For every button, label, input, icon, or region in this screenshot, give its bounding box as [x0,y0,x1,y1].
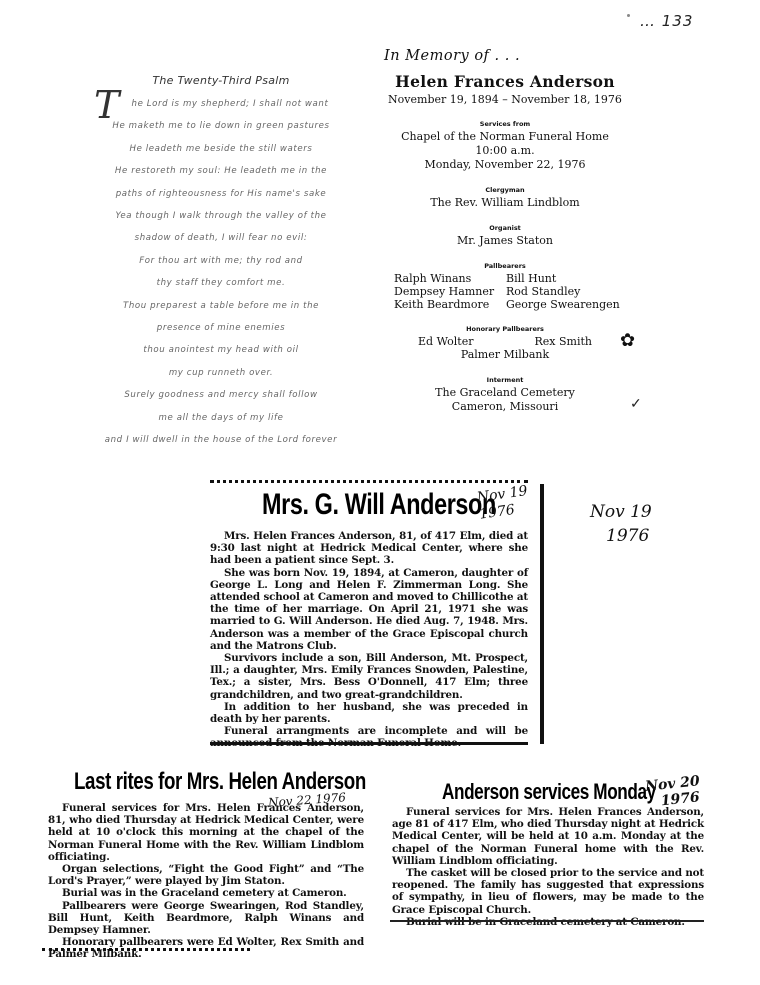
pallbearer: Keith Beardmore [394,298,506,311]
obituary-paragraph: She was born Nov. 19, 1894, at Cameron, … [210,567,528,652]
pallbearer: Rod Standley [506,285,636,298]
obituary-body: Mrs. Helen Frances Anderson, 81, of 417 … [210,530,528,750]
honorary-pallbearer: Rex Smith [535,335,592,348]
pallbearers-list: Ralph Winans Bill Hunt Dempsey Hamner Ro… [394,272,630,311]
services-monday-headline: Anderson services Monday [442,779,656,805]
services-monday-paragraph: Funeral services for Mrs. Helen Frances … [392,806,704,867]
psalm-line: shadow of death, I will fear no evil: [96,227,346,249]
psalm-line: paths of righteousness for His name's sa… [96,183,346,205]
psalm-block: The Twenty-Third Psalm he Lord is my she… [96,74,346,452]
clipping-border-bottom [390,920,704,922]
scan-speck [627,14,630,17]
pallbearer: Dempsey Hamner [394,285,506,298]
clipping-border-bottom [210,742,528,745]
last-rites-paragraph: Funeral services for Mrs. Helen Frances … [48,802,364,863]
psalm-line: He leadeth me beside the still waters [96,138,346,160]
side-note-line: Nov 19 [590,500,652,524]
interment-place: The Graceland Cemetery [380,386,630,400]
clergyman-name: The Rev. William Lindblom [380,196,630,210]
psalm-line: my cup runneth over. [96,362,346,384]
psalm-line: For thou art with me; thy rod and [96,250,346,272]
honorary-label: Honorary Pallbearers [380,325,630,333]
psalm-lines: he Lord is my shepherd; I shall not want… [96,93,346,452]
psalm-line: and I will dwell in the house of the Lor… [96,429,346,451]
pallbearers-label: Pallbearers [380,262,630,270]
psalm-title: The Twenty-Third Psalm [96,74,346,87]
organist-label: Organist [380,224,630,232]
services-monday-body: Funeral services for Mrs. Helen Frances … [392,806,704,928]
honorary-pallbearer: Palmer Milbank [380,348,630,362]
obituary-paragraph: Mrs. Helen Frances Anderson, 81, of 417 … [210,530,528,567]
check-mark-icon: ✓ [630,396,642,412]
psalm-line: thou anointest my head with oil [96,339,346,361]
pallbearer: George Swearengen [506,298,636,311]
clipping-border-right [540,484,544,744]
flower-icon: ✿ [620,330,635,351]
psalm-line: presence of mine enemies [96,317,346,339]
services-label: Services from [380,120,630,128]
psalm-line: thy staff they comfort me. [96,272,346,294]
memorial-card: In Memory of . . . Helen Frances Anderso… [380,48,630,414]
psalm-line: He maketh me to lie down in green pastur… [96,115,346,137]
obituary-paragraph: Survivors include a son, Bill Anderson, … [210,652,528,701]
psalm-line: me all the days of my life [96,407,346,429]
psalm-line: He restoreth my soul: He leadeth me in t… [96,160,346,182]
memorial-name: Helen Frances Anderson [380,72,630,91]
psalm-line: Thou preparest a table before me in the [96,295,346,317]
last-rites-paragraph: Burial was in the Graceland cemetery at … [48,887,364,899]
obituary-headline: Mrs. G. Will Anderson [262,488,496,522]
interment-city: Cameron, Missouri [380,400,630,414]
pallbearer: Ralph Winans [394,272,506,285]
pallbearer: Bill Hunt [506,272,636,285]
last-rites-body: Funeral services for Mrs. Helen Frances … [48,802,364,961]
psalm-line: Yea though I walk through the valley of … [96,205,346,227]
psalm-line: he Lord is my shepherd; I shall not want [96,93,346,115]
honorary-row: Ed Wolter Rex Smith [380,335,630,348]
services-monday-paragraph: The casket will be closed prior to the s… [392,867,704,916]
memorial-intro: In Memory of . . . [384,48,630,64]
clergyman-label: Clergyman [380,186,630,194]
clipping-border-bottom [42,942,250,951]
obituary-handwritten-date: Nov 19 1976 [476,482,536,523]
interment-label: Interment [380,376,630,384]
memorial-dates: November 19, 1894 – November 18, 1976 [380,93,630,106]
side-handwritten-note: Nov 19 1976 [590,500,652,548]
page-number-value: 133 [662,12,694,30]
services-time: 10:00 a.m. [380,144,630,158]
services-date: Monday, November 22, 1976 [380,158,630,172]
psalm-line: Surely goodness and mercy shall follow [96,384,346,406]
obituary-paragraph: In addition to her husband, she was prec… [210,701,528,725]
organist-name: Mr. James Staton [380,234,630,248]
obituary-paragraph: Funeral arrangments are incomplete and w… [210,725,528,749]
side-note-line: 1976 [606,524,652,548]
last-rites-paragraph: Pallbearers were George Swearingen, Rod … [48,900,364,937]
last-rites-paragraph: Organ selections, “Fight the Good Fight”… [48,863,364,887]
services-place: Chapel of the Norman Funeral Home [380,130,630,144]
honorary-pallbearer: Ed Wolter [418,335,473,348]
page-number: … 133 [640,12,693,30]
